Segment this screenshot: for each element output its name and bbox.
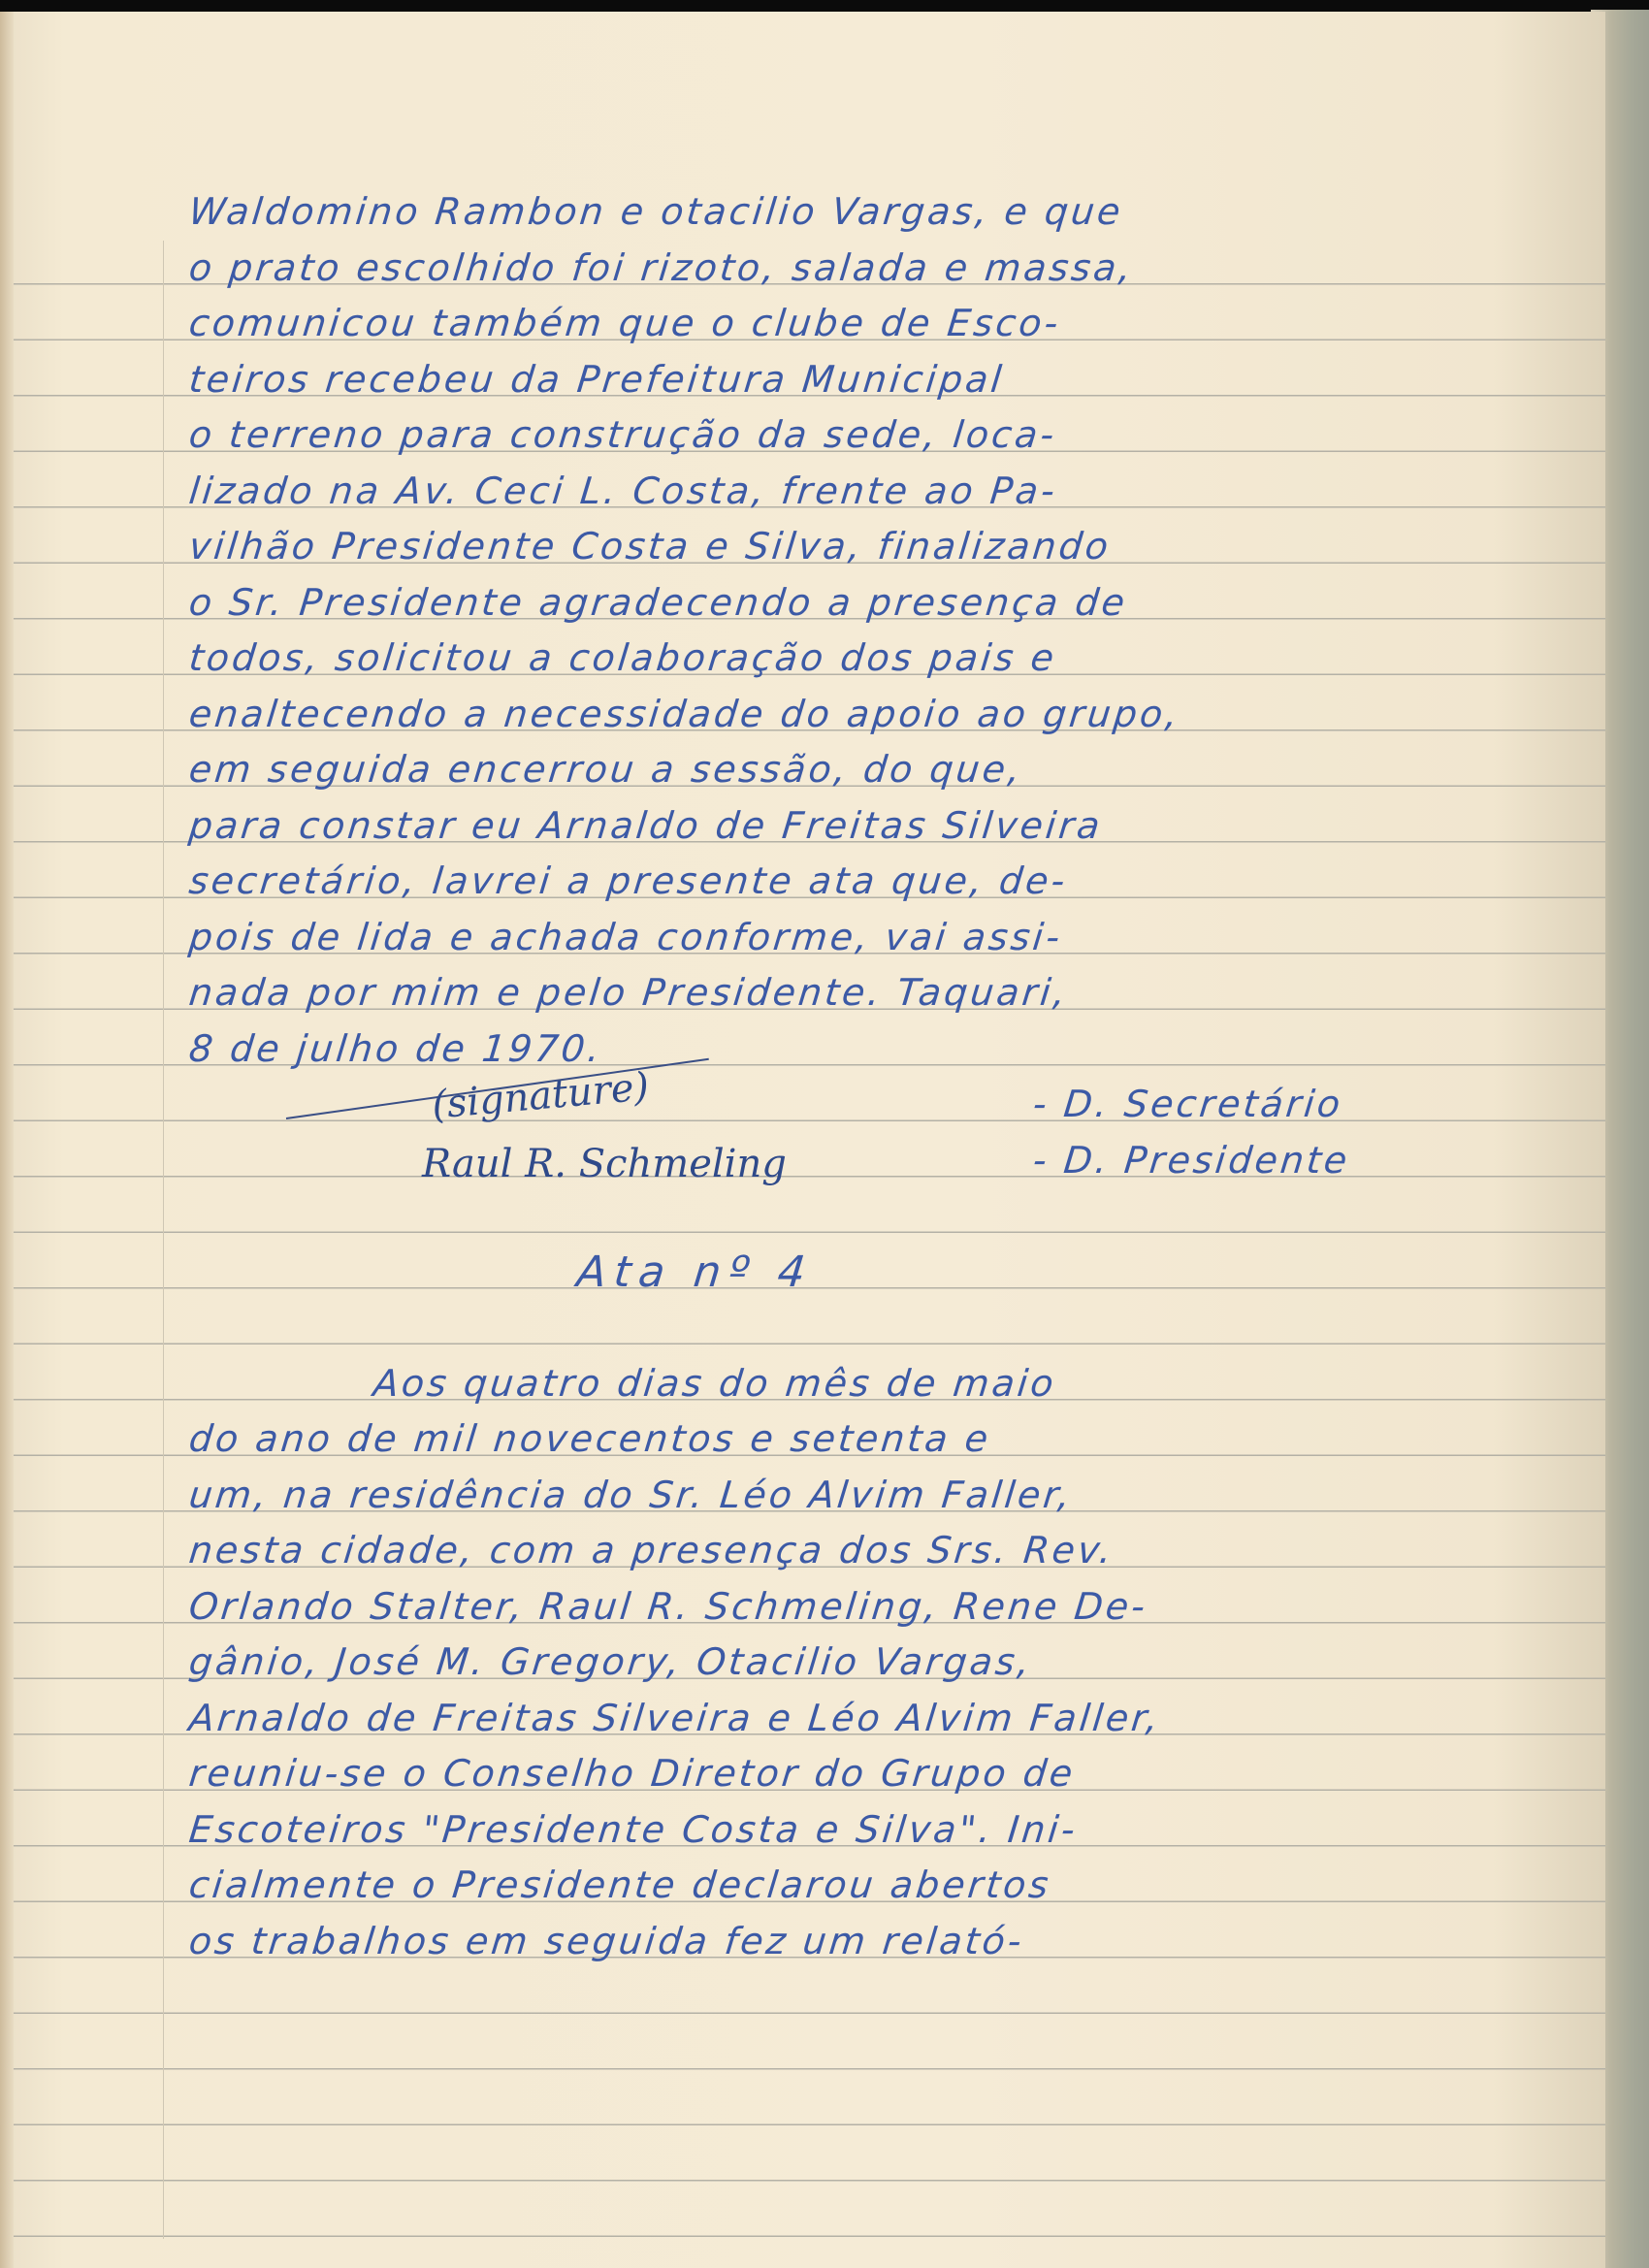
text-line: Orlando Stalter, Raul R. Schmeling, Rene… xyxy=(186,1579,1589,1636)
minutes-heading: Ata nº 4 xyxy=(186,1245,1589,1301)
text-line: o prato escolhido foi rizoto, salada e m… xyxy=(186,241,1589,297)
signature-row-president: Raul R. Schmeling - D. Presidente xyxy=(189,1133,1586,1189)
margin-line xyxy=(163,241,164,2239)
text-line: gânio, José M. Gregory, Otacilio Vargas, xyxy=(186,1635,1589,1691)
text-line: para constar eu Arnaldo de Freitas Silve… xyxy=(186,798,1589,855)
text-line: vilhão Presidente Costa e Silva, finaliz… xyxy=(186,519,1589,575)
president-signature: Raul R. Schmeling xyxy=(422,1137,787,1193)
text-line: do ano de mil novecentos e setenta e xyxy=(186,1411,1589,1468)
text-line: o terreno para construção da sede, loca- xyxy=(186,407,1589,464)
text-line: um, na residência do Sr. Léo Alvim Falle… xyxy=(186,1468,1589,1524)
text-line: comunicou também que o clube de Esco- xyxy=(186,296,1589,352)
text-line: nesta cidade, com a presença dos Srs. Re… xyxy=(186,1523,1589,1579)
text-line: cialmente o Presidente declarou abertos xyxy=(186,1858,1589,1914)
text-line: Aos quatro dias do mês de maio xyxy=(186,1356,1589,1412)
secretary-role-label: - D. Secretário xyxy=(1030,1077,1345,1133)
handwritten-content: Waldomino Rambon e otacilio Vargas, e qu… xyxy=(189,184,1586,1969)
new-minutes: Ata nº 4 Aos quatro dias do mês de maio … xyxy=(189,1245,1586,1970)
ledger-page: Waldomino Rambon e otacilio Vargas, e qu… xyxy=(0,12,1605,2268)
page-left-edge xyxy=(0,12,14,2268)
blank-line xyxy=(189,1188,1586,1245)
previous-minutes: Waldomino Rambon e otacilio Vargas, e qu… xyxy=(189,184,1586,1188)
text-line: reuniu-se o Conselho Diretor do Grupo de xyxy=(186,1746,1589,1802)
blank-line xyxy=(189,1300,1586,1356)
scanner-top-edge xyxy=(0,0,1649,12)
president-role-label: - D. Presidente xyxy=(1030,1133,1352,1189)
text-line: Escoteiros "Presidente Costa e Silva". I… xyxy=(186,1802,1589,1859)
text-line: lizado na Av. Ceci L. Costa, frente ao P… xyxy=(186,464,1589,520)
text-line: Waldomino Rambon e otacilio Vargas, e qu… xyxy=(186,184,1589,241)
text-line: em seguida encerrou a sessão, do que, xyxy=(186,742,1589,798)
text-line: o Sr. Presidente agradecendo a presença … xyxy=(186,575,1589,632)
text-line: nada por mim e pelo Presidente. Taquari, xyxy=(186,965,1589,1021)
text-line: todos, solicitou a colaboração dos pais … xyxy=(186,631,1589,687)
date-line: 8 de julho de 1970. xyxy=(186,1021,1589,1078)
text-line: secretário, lavrei a presente ata que, d… xyxy=(186,854,1589,910)
text-line: pois de lida e achada conforme, vai assi… xyxy=(186,910,1589,966)
text-line: enaltecendo a necessidade do apoio ao gr… xyxy=(186,687,1589,743)
text-line: os trabalhos em seguida fez um relató- xyxy=(186,1914,1589,1970)
signature-row-secretary: (signature) - D. Secretário xyxy=(189,1077,1586,1133)
text-line: Arnaldo de Freitas Silveira e Léo Alvim … xyxy=(186,1691,1589,1747)
text-line: teiros recebeu da Prefeitura Municipal xyxy=(186,352,1589,408)
